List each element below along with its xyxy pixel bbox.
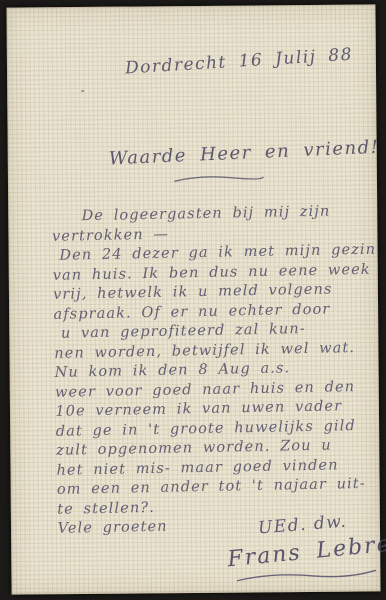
letter-body: De logeergasten bij mij zijn vertrokken … <box>51 202 367 539</box>
salutation-underline <box>173 173 265 184</box>
letter-paper: Dordrecht 16 Julij 88 Waarde Heer en vri… <box>6 4 380 594</box>
letter-salutation: Waarde Heer en vriend! <box>108 137 379 170</box>
letter-dateline: Dordrecht 16 Julij 88 <box>125 45 354 79</box>
signature-flourish <box>233 567 378 584</box>
paper-speck <box>81 90 84 92</box>
letter-signature: Frans Lebret <box>226 531 386 573</box>
